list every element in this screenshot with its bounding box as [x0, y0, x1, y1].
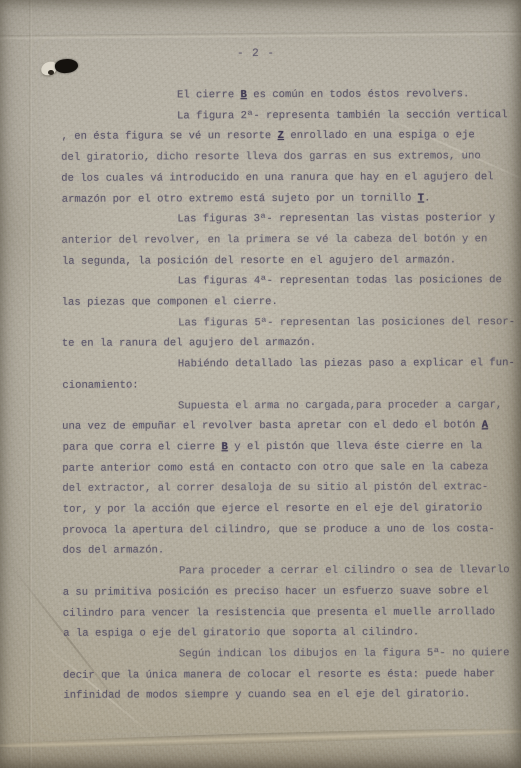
text-line: anterior del revolver, en la primera se … [61, 229, 511, 251]
text-line: Las figuras 5ª- representan las posicion… [62, 312, 512, 334]
text-line: armazón por el otro extremo está sujeto … [62, 188, 512, 210]
text-block: El cierre B es común en todos éstos revo… [61, 84, 513, 707]
paper-crease [29, 0, 32, 768]
text-line: dos del armazón. [63, 540, 513, 562]
punched-hole [54, 57, 79, 74]
underlined-part-letter: B [241, 89, 247, 101]
text-line: Las figuras 3ª- representan las vistas p… [61, 208, 511, 230]
text-line: Supuesta el arma no cargada,para procede… [62, 395, 512, 417]
document-page: - 2 - El cierre B es común en todos ésto… [0, 0, 521, 768]
text-line: cilindro para vencer la resistencia que … [63, 602, 513, 624]
paper-crease [0, 31, 521, 41]
underlined-part-letter: A [482, 420, 488, 432]
text-line: parte anterior como está en contacto con… [62, 457, 512, 479]
text-line: cionamiento: [62, 374, 512, 396]
text-line: infinidad de modos siempre y cuando sea … [63, 685, 513, 707]
underlined-part-letter: Z [278, 130, 284, 142]
text-line: La figura 2ª- representa también la secc… [61, 105, 511, 127]
underlined-part-letter: T [418, 192, 424, 204]
text-line: Las figuras 4ª- representan todas las po… [62, 271, 512, 293]
text-line: te en la ranura del agujero del armazón. [62, 333, 512, 355]
underlined-part-letter: B [221, 441, 227, 453]
text-line: tor, y por la acción que ejerce el resor… [63, 498, 513, 520]
paper-crease [0, 725, 521, 751]
text-line: El cierre B es común en todos éstos revo… [61, 84, 511, 106]
text-line: las piezas que componen el cierre. [62, 291, 512, 313]
ink-spot [48, 70, 54, 75]
text-line: provoca la apertura del cilindro, que se… [62, 519, 512, 541]
page-number: - 2 - [0, 48, 512, 60]
text-line: del giratorio, dicho resorte lleva dos g… [61, 146, 511, 168]
text-line: para que corra el cierre B y el pistón q… [63, 436, 513, 458]
text-line: a su primitiva posición es preciso hacer… [63, 581, 513, 603]
text-line: Habiéndo detallado las piezas paso a exp… [62, 353, 512, 375]
text-line: del extractor, al correr desaloja de su … [62, 478, 512, 500]
text-line: Según indican los dibujos en la figura 5… [63, 643, 513, 665]
text-line: , en ésta figura se vé un resorte Z enro… [61, 126, 511, 148]
text-line: una vez de empuñar el revolver basta apr… [62, 415, 512, 437]
text-line: decir que la única manera de colocar el … [63, 664, 513, 686]
text-line: la segunda, la posición del resorte en e… [62, 250, 512, 272]
text-line: de los cuales vá introducido en una ranu… [61, 167, 511, 189]
text-line: Para proceder a cerrar el cilindro o sea… [63, 560, 513, 582]
text-line: a la espiga o eje del giratorio que sopo… [63, 622, 513, 644]
